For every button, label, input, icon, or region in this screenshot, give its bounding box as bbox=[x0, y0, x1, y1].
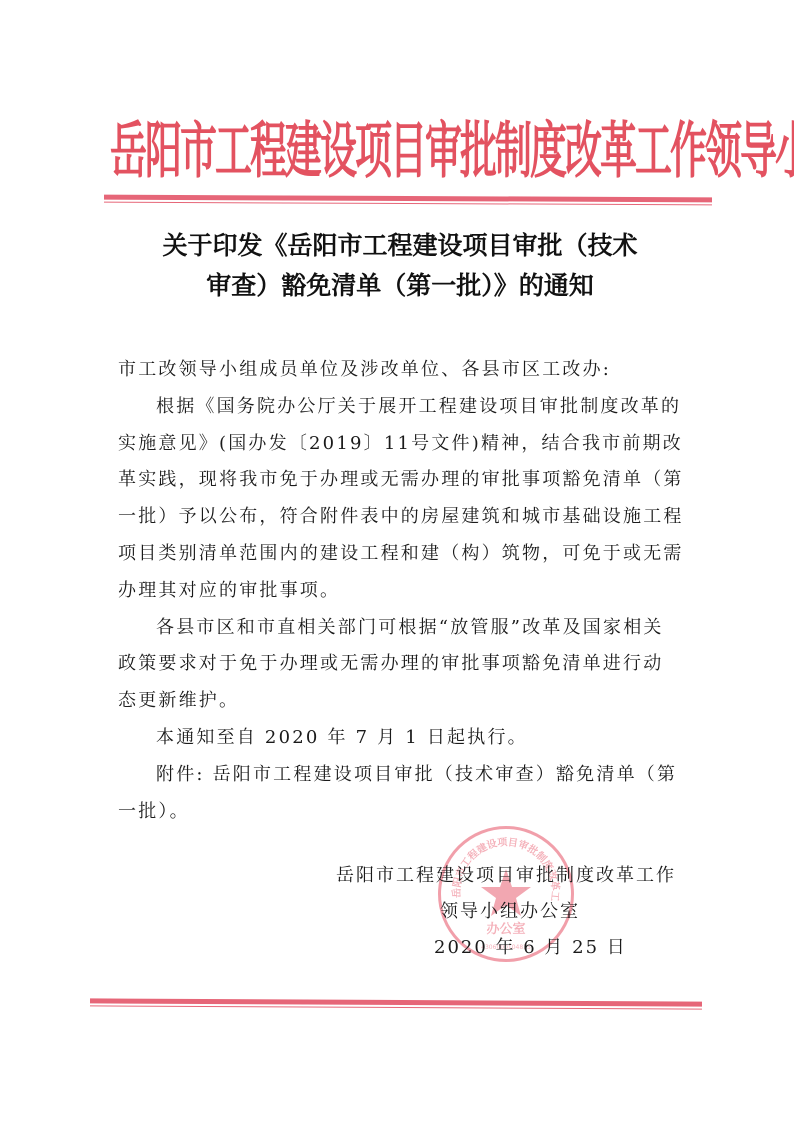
signing-date: 2020 年 6 月 25 日 bbox=[434, 930, 627, 966]
document-body: 市工改领导小组成员单位及涉改单位、各县市区工改办: 根据《国务院办公厅关于展开工… bbox=[118, 352, 698, 830]
title-line-2: 审查）豁免清单（第一批）》的通知 bbox=[100, 266, 700, 306]
org-letterhead: 岳阳市工程建设项目审批制度改革工作领导小组办公室 bbox=[110, 87, 720, 212]
document-title: 关于印发《岳阳市工程建设项目审批（技术 审查）豁免清单（第一批）》的通知 bbox=[100, 226, 700, 306]
paragraph-effective-date: 本通知至自 2020 年 7 月 1 日起执行。 bbox=[118, 720, 698, 757]
attachment-note: 附件: 岳阳市工程建设项目审批（技术审查）豁免清单（第 一批）。 bbox=[118, 757, 698, 831]
paragraph-basis: 根据《国务院办公厅关于展开工程建设项目审批制度改革的 实施意见》(国办发〔201… bbox=[118, 389, 698, 610]
paragraph-maintenance: 各县市区和市直相关部门可根据“放管服”改革及国家相关 政策要求对于免于办理或无需… bbox=[118, 610, 698, 720]
signing-organization-line-1: 岳阳市工程建设项目审批制度改革工作 bbox=[336, 858, 676, 894]
signing-organization-line-2: 领导小组办公室 bbox=[440, 894, 580, 930]
title-line-1: 关于印发《岳阳市工程建设项目审批（技术 bbox=[100, 226, 700, 266]
salutation: 市工改领导小组成员单位及涉改单位、各县市区工改办: bbox=[118, 352, 698, 389]
footer-divider bbox=[90, 998, 702, 1009]
